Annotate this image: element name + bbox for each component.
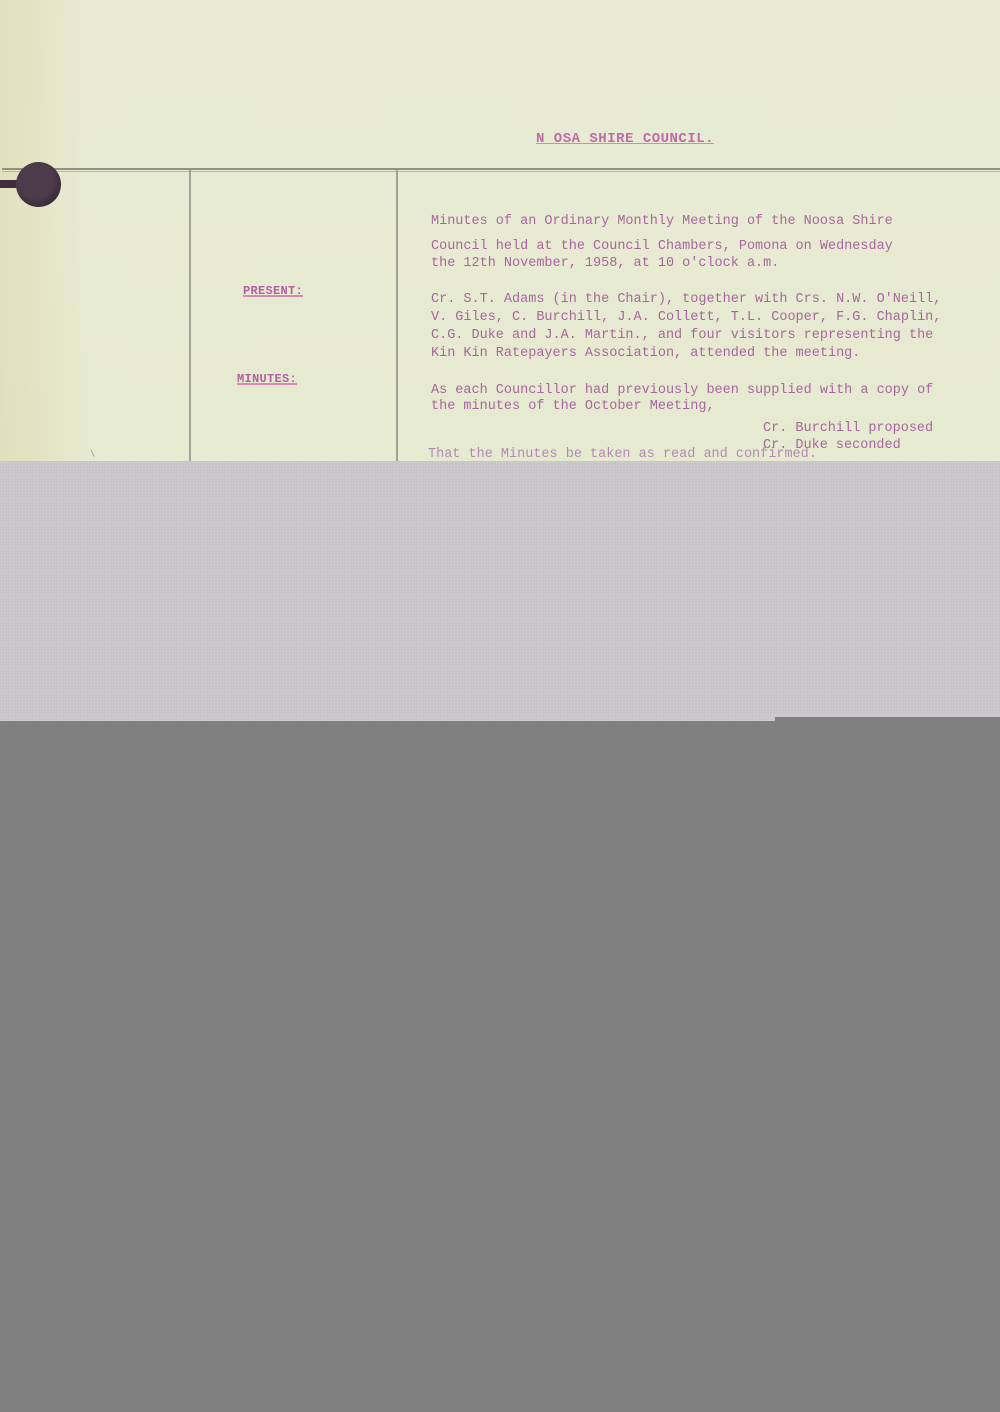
council-heading: N OSA SHIRE COUNCIL. bbox=[536, 131, 714, 147]
redaction-band-step bbox=[775, 717, 1000, 721]
redaction-band-light bbox=[0, 461, 1000, 721]
minutes-line: As each Councillor had previously been s… bbox=[431, 382, 933, 399]
present-line: Cr. S.T. Adams (in the Chair), together … bbox=[431, 291, 941, 308]
intro-line: Minutes of an Ordinary Monthly Meeting o… bbox=[431, 213, 893, 230]
present-line: V. Giles, C. Burchill, J.A. Collett, T.L… bbox=[431, 309, 941, 326]
intro-line: Council held at the Council Chambers, Po… bbox=[431, 238, 893, 255]
punch-hole-icon bbox=[16, 162, 61, 207]
intro-line: the 12th November, 1958, at 10 o'clock a… bbox=[431, 255, 779, 272]
motion-proposed: Cr. Burchill proposed bbox=[763, 420, 933, 437]
redaction-band-dark bbox=[0, 721, 1000, 1412]
margin-rule-left bbox=[189, 170, 191, 462]
present-line: Kin Kin Ratepayers Association, attended… bbox=[431, 345, 860, 362]
label-present: PRESENT: bbox=[243, 284, 303, 298]
present-line: C.G. Duke and J.A. Martin., and four vis… bbox=[431, 327, 933, 344]
top-rule-secondary bbox=[2, 171, 1000, 172]
resolution-line: That the Minutes be taken as read and co… bbox=[428, 446, 817, 462]
margin-rule-right bbox=[396, 170, 398, 462]
minutes-line: the minutes of the October Meeting, bbox=[431, 398, 715, 415]
label-minutes: MINUTES: bbox=[237, 372, 297, 386]
pencil-mark bbox=[90, 449, 94, 457]
top-rule bbox=[2, 168, 1000, 170]
document-page: N OSA SHIRE COUNCIL. PRESENT: MINUTES: M… bbox=[0, 0, 1000, 462]
